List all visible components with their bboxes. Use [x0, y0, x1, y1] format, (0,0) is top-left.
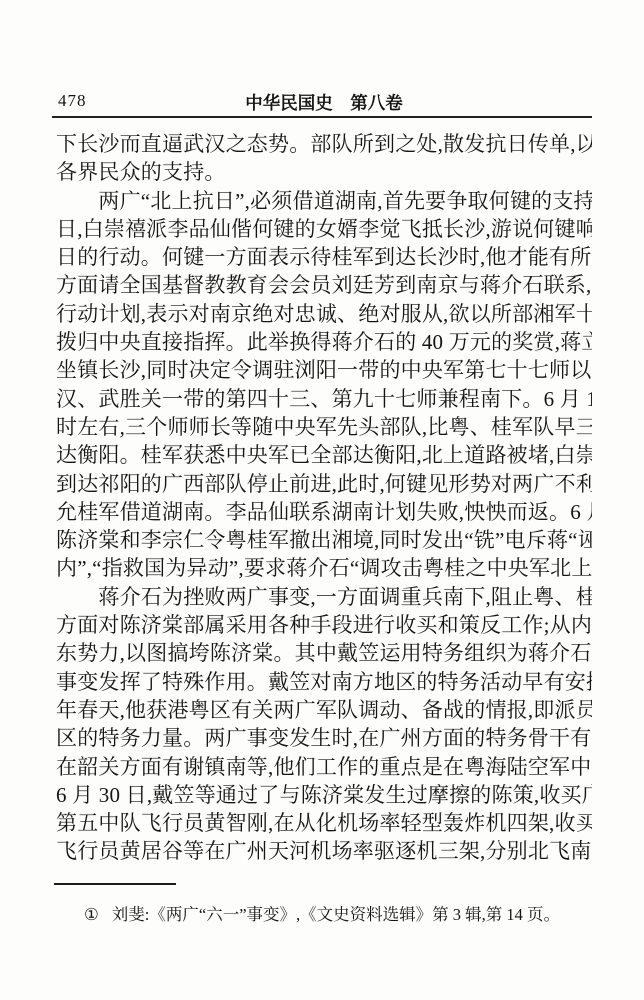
text-line: 事变发挥了特殊作用。戴笠对南方地区的特务活动早有安排。1936 [56, 668, 592, 696]
text-line: 两广“北上抗日”,必须借道湖南,首先要争取何键的支持。6 月 6 [56, 187, 592, 215]
text-line: 时左右,三个师师长等随中央军先头部队,比粤、桂军队早三个小时到 [56, 413, 592, 441]
text-line: 方面请全国基督教教育会会员刘廷芳到南京与蒋介石联系,报告两广 [56, 271, 592, 299]
text-line: 方面对陈济棠部属采用各种手段进行收买和策反工作;从内部瓦解广 [56, 611, 592, 639]
running-header: 478 中华民国史 第八卷 [56, 90, 592, 114]
running-title: 中华民国史 第八卷 [56, 90, 592, 115]
text-line: 各界民众的支持。 [56, 158, 592, 186]
text-line: 陈济棠和李宗仁令粤桂军撤出湘境,同时发出“铣”电斥蒋“诬抗日为对 [56, 526, 592, 554]
text-line: 日,白崇禧派李品仙偕何键的女婿李觉飞抵长沙,游说何键响应两广抗 [56, 215, 592, 243]
text-line: 区的特务力量。两广事变发生时,在广州方面的特务骨干有梁干乔等, [56, 724, 592, 752]
text-line: 下长沙而直逼武汉之态势。部队所到之处,散发抗日传单,以争取沿途 [56, 130, 592, 158]
text-line: 行动计划,表示对南京绝对忠诚、绝对服从,欲以所部湘军十余万兵力 [56, 300, 592, 328]
text-line: 坐镇长沙,同时决定令调驻浏阳一带的中央军第七十七师以及驻防武 [56, 356, 592, 384]
book-page: 478 中华民国史 第八卷 下长沙而直逼武汉之态势。部队所到之处,散发抗日传单,… [0, 0, 644, 1000]
header-rule [52, 116, 592, 118]
text-line: 达衡阳。桂军获悉中央军已全部达衡阳,北上道路被堵,白崇禧遂令已 [56, 441, 592, 469]
text-line: 日的行动。何键一方面表示待桂军到达长沙时,他才能有所行动,另一 [56, 243, 592, 271]
footnote-text: 刘斐:《两广“六一”事变》,《文史资料选辑》第 3 辑,第 14 页。 [112, 905, 560, 924]
text-line: 年春天,他获港粤区有关两广军队调动、备战的情报,即派员加强该地 [56, 696, 592, 724]
text-line: 第五中队飞行员黄智刚,在从化机场率轻型轰炸机四架,收买第二中队 [56, 809, 592, 837]
text-line: 飞行员黄居谷等在广州天河机场率驱逐机三架,分别北飞南昌投蒋。 [56, 837, 592, 865]
text-line: 到达祁阳的广西部队停止前进,此时,何键见形势对两广不利,不敢应 [56, 470, 592, 498]
text-line: 6 月 30 日,戴笠等通过了与陈济棠发生过摩擦的陈策,收买广东空军 [56, 781, 592, 809]
text-line: 在韶关方面有谢镇南等,他们工作的重点是在粤海陆空军中进行策反。 [56, 753, 592, 781]
footnote-separator [54, 883, 176, 885]
text-line: 允桂军借道湖南。李品仙联系湖南计划失败,怏怏而返。6 月 16 日, [56, 498, 592, 526]
text-line: 蒋介石为挫败两广事变,一方面调重兵南下,阻止粤、桂军北上,另 [56, 583, 592, 611]
text-line: 汉、武胜关一带的第四十三、第九十七师兼程南下。6 月 10 日早晨 6 [56, 385, 592, 413]
footnote: ①刘斐:《两广“六一”事变》,《文史资料选辑》第 3 辑,第 14 页。 [84, 903, 592, 927]
text-line: 拨归中央直接指挥。此举换得蒋介石的 40 万元的奖赏,蒋立即派陈诚 [56, 328, 592, 356]
text-line: 东势力,以图搞垮陈济棠。其中戴笠运用特务组织为蒋介石瓦解两广 [56, 639, 592, 667]
footnote-marker: ① [84, 903, 99, 927]
body-text: 下长沙而直逼武汉之态势。部队所到之处,散发抗日传单,以争取沿途 各界民众的支持。… [56, 130, 592, 866]
text-line: 内”,“指救国为异动”,要求蒋介石“调攻击粤桂之中央军北上抗日”①。 [56, 554, 592, 582]
